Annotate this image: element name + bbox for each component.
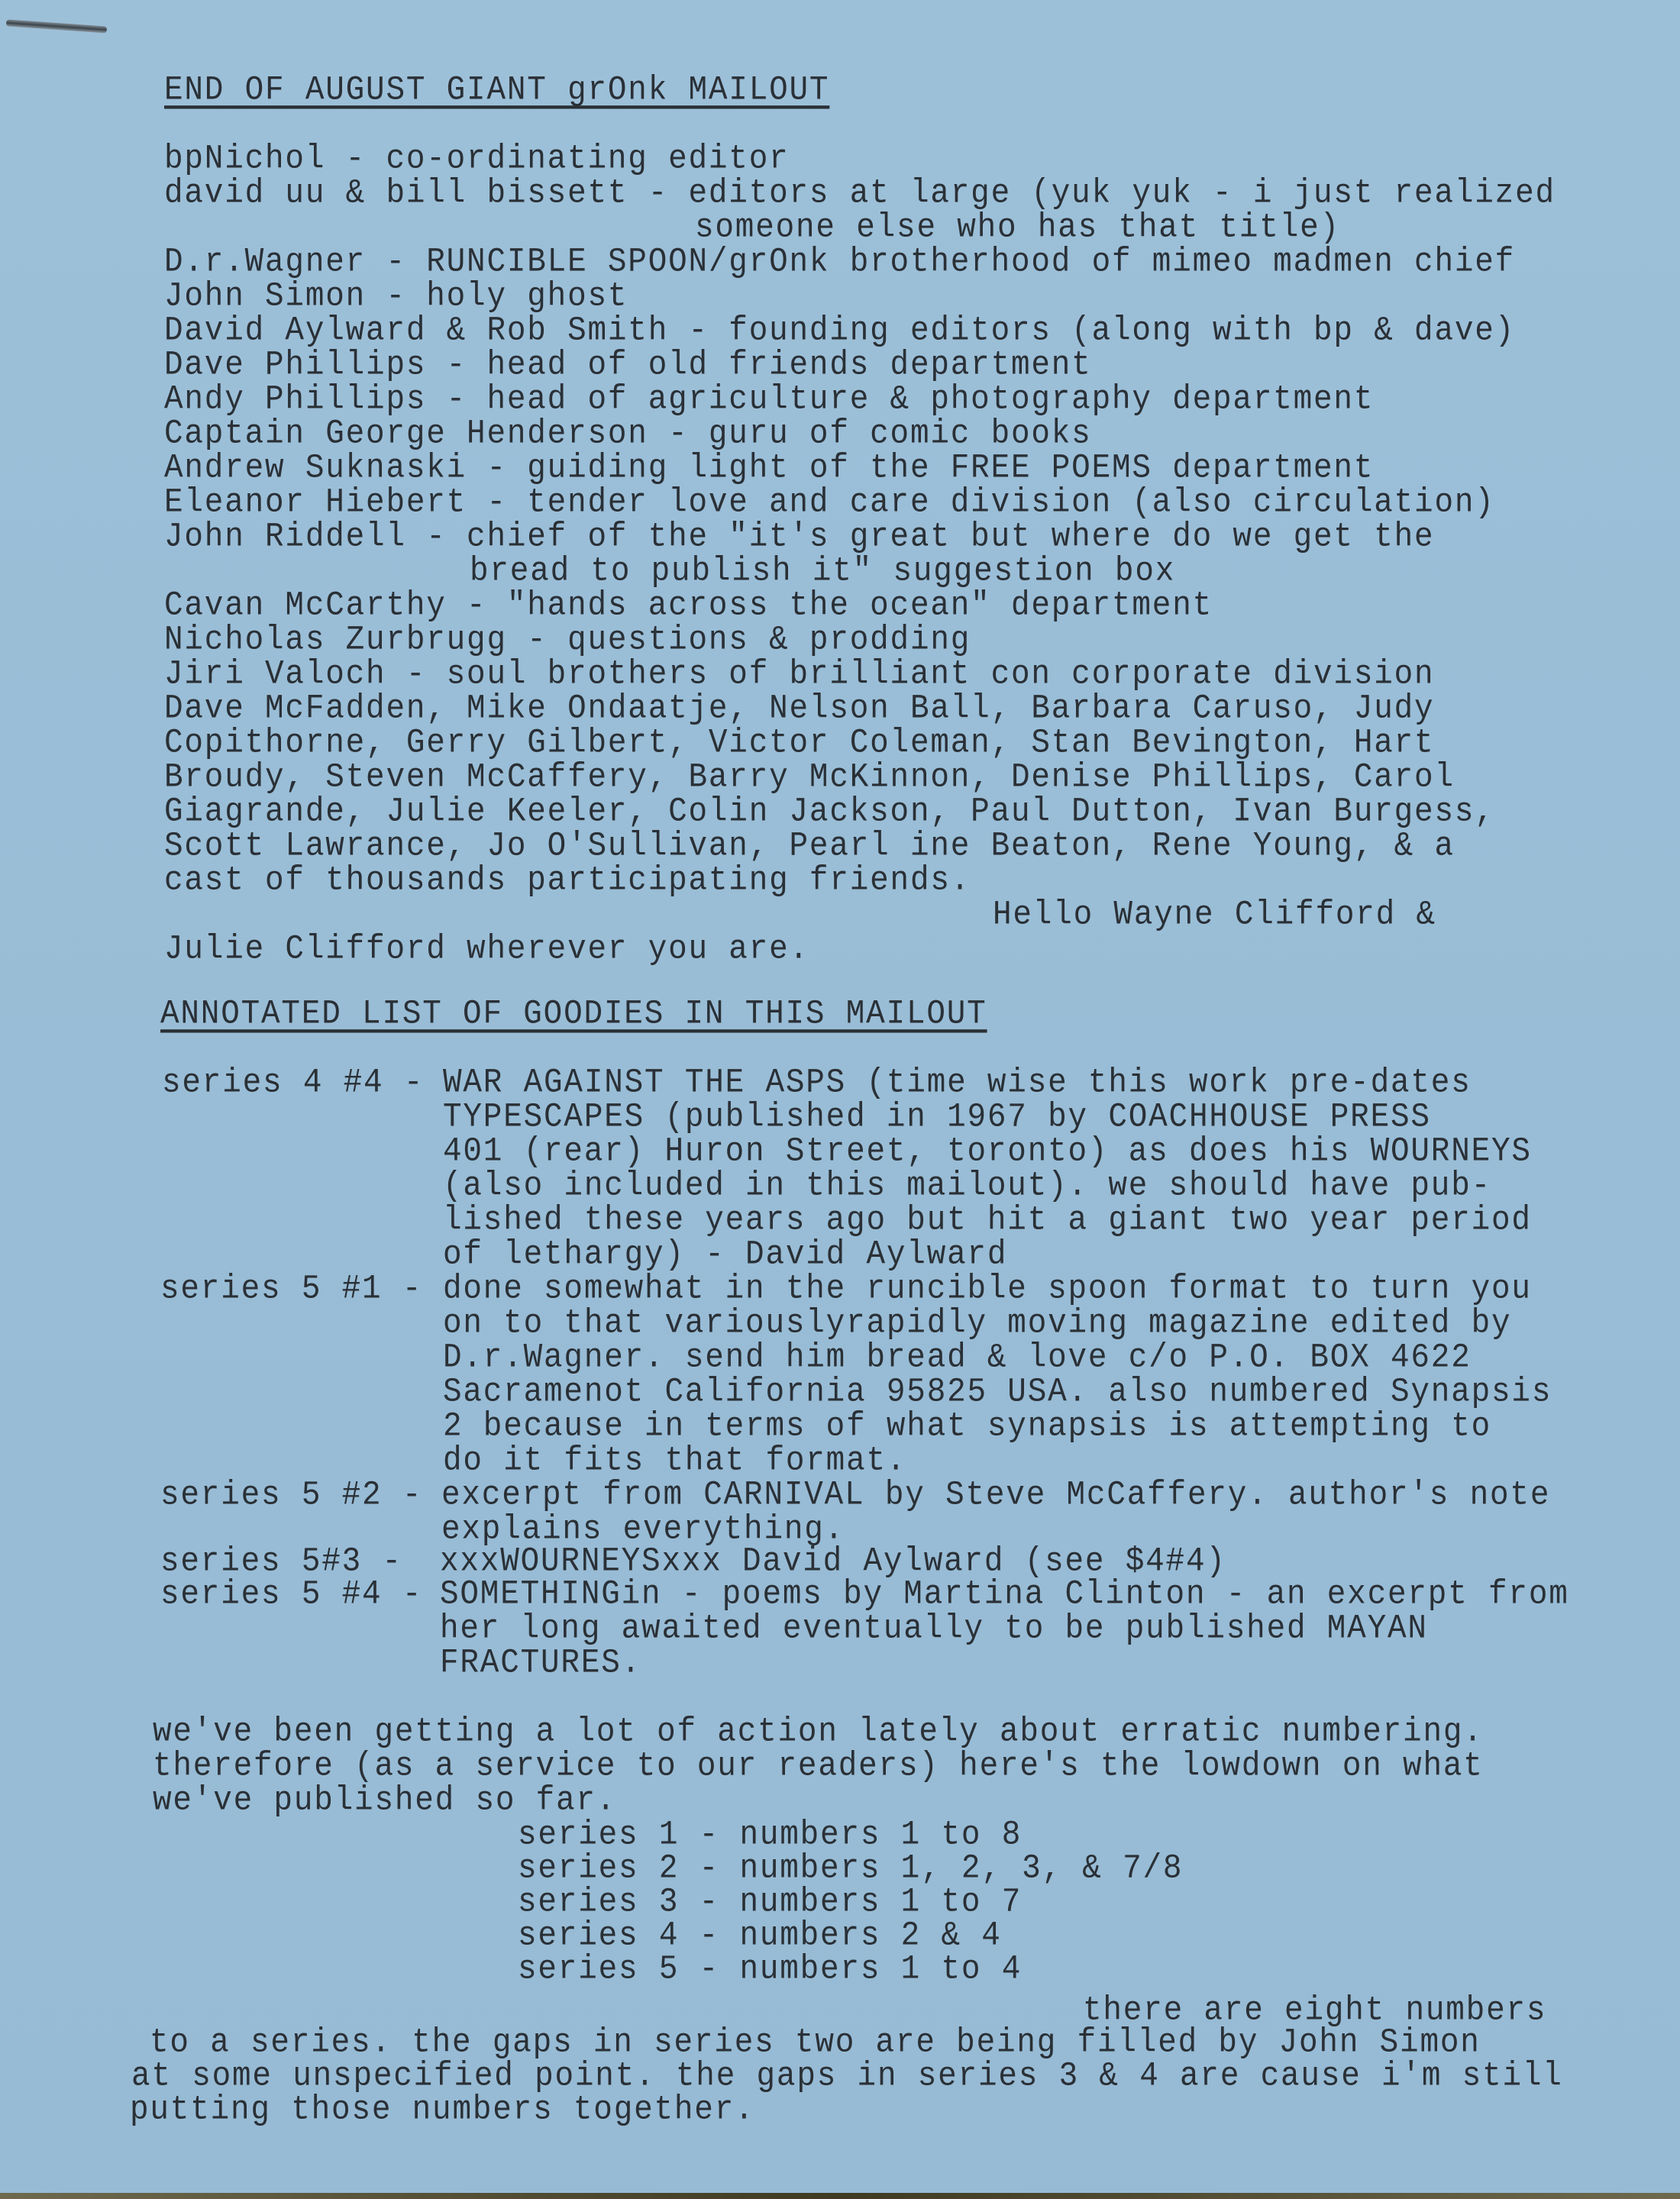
closing-line: at some unspecified point. the gaps in s… bbox=[131, 2059, 1563, 2095]
staple-mark bbox=[6, 19, 107, 33]
series-item: series 1 - numbers 1 to 8 bbox=[518, 1817, 1022, 1854]
masthead-line: Cavan McCarthy - "hands across the ocean… bbox=[164, 588, 1213, 625]
goodie-line: do it fits that format. bbox=[443, 1443, 906, 1480]
masthead-line: cast of thousands participating friends. bbox=[164, 863, 971, 899]
series-item: series 4 - numbers 2 & 4 bbox=[518, 1918, 1002, 1955]
masthead-line: Jiri Valoch - soul brothers of brilliant… bbox=[164, 657, 1434, 693]
intro-line: we've published so far. bbox=[153, 1783, 616, 1820]
series-item: series 2 - numbers 1, 2, 3, & 7/8 bbox=[518, 1851, 1183, 1887]
typewritten-page: END OF AUGUST GIANT grOnk MAILOUT bpNich… bbox=[0, 0, 1680, 2199]
masthead-line: David Aylward & Rob Smith - founding edi… bbox=[164, 313, 1515, 350]
closing-line: to a series. the gaps in series two are … bbox=[150, 2025, 1481, 2062]
masthead-line: Dave McFadden, Mike Ondaatje, Nelson Bal… bbox=[164, 691, 1434, 728]
goodies-heading: ANNOTATED LIST OF GOODIES IN THIS MAILOU… bbox=[160, 996, 987, 1033]
goodie-line: lished these years ago but hit a giant t… bbox=[443, 1203, 1532, 1239]
masthead-line: John Riddell - chief of the "it's great … bbox=[164, 519, 1434, 556]
goodie-line: Sacramenot California 95825 USA. also nu… bbox=[443, 1374, 1552, 1411]
goodie-line: her long awaited eventually to be publis… bbox=[440, 1611, 1428, 1648]
masthead-line: John Simon - holy ghost bbox=[164, 279, 628, 315]
greeting-line: Julie Clifford wherever you are. bbox=[164, 932, 809, 968]
goodie-line: D.r.Wagner. send him bread & love c/o P.… bbox=[443, 1340, 1472, 1377]
goodie-line: of lethargy) - David Aylward bbox=[443, 1237, 1007, 1274]
goodie-line: (also included in this mailout). we shou… bbox=[443, 1168, 1491, 1205]
goodie-line: on to that variouslyrapidly moving magaz… bbox=[443, 1306, 1511, 1342]
page-bottom-edge bbox=[0, 2193, 1680, 2199]
goodie-label: series 5 #2 - bbox=[160, 1477, 422, 1514]
series-item: series 5 - numbers 1 to 4 bbox=[518, 1952, 1022, 1988]
goodie-line: 2 because in terms of what synapsis is a… bbox=[443, 1409, 1491, 1445]
goodie-line: WAR AGAINST THE ASPS (time wise this wor… bbox=[443, 1065, 1472, 1102]
masthead-line: Andy Phillips - head of agriculture & ph… bbox=[164, 382, 1374, 418]
goodie-line: SOMETHINGin - poems by Martina Clinton -… bbox=[440, 1577, 1569, 1613]
masthead-line: david uu & bill bissett - editors at lar… bbox=[164, 176, 1556, 212]
closing-line: putting those numbers together. bbox=[130, 2092, 755, 2129]
goodie-line: excerpt from CARNIVAL by Steve McCaffery… bbox=[441, 1477, 1550, 1514]
masthead-line: Broudy, Steven McCaffery, Barry McKinnon… bbox=[164, 760, 1455, 796]
goodie-line: FRACTURES. bbox=[440, 1645, 641, 1682]
masthead-line: D.r.Wagner - RUNCIBLE SPOON/grOnk brothe… bbox=[164, 244, 1515, 281]
masthead-line: Dave Phillips - head of old friends depa… bbox=[164, 347, 1092, 384]
masthead-line: Nicholas Zurbrugg - questions & prodding bbox=[164, 622, 971, 659]
masthead-line: Captain George Henderson - guru of comic… bbox=[164, 416, 1092, 453]
intro-line: we've been getting a lot of action latel… bbox=[153, 1714, 1484, 1751]
masthead-line: Scott Lawrance, Jo O'Sullivan, Pearl ine… bbox=[164, 828, 1455, 865]
goodie-line: xxxWOURNEYSxxx David Aylward (see $4#4) bbox=[440, 1544, 1226, 1581]
goodie-label: series 5#3 - bbox=[160, 1544, 402, 1581]
goodie-label: series 5 #4 - bbox=[160, 1577, 422, 1613]
goodie-line: TYPESCAPES (published in 1967 by COACHHO… bbox=[443, 1099, 1431, 1136]
goodie-label: series 4 #4 - bbox=[162, 1065, 424, 1102]
masthead-line: bread to publish it" suggestion box bbox=[470, 554, 1175, 590]
masthead-line: someone else who has that title) bbox=[695, 210, 1340, 247]
goodie-line: 401 (rear) Huron Street, toronto) as doe… bbox=[443, 1134, 1532, 1171]
masthead-line: Eleanor Hiebert - tender love and care d… bbox=[164, 485, 1495, 521]
masthead-line: Copithorne, Gerry Gilbert, Victor Colema… bbox=[164, 725, 1434, 762]
masthead-line: bpNichol - co-ordinating editor bbox=[164, 141, 790, 178]
goodie-label: series 5 #1 - bbox=[160, 1271, 422, 1308]
goodie-line: done somewhat in the runcible spoon form… bbox=[443, 1271, 1532, 1308]
series-item: series 3 - numbers 1 to 7 bbox=[518, 1884, 1022, 1921]
masthead-line: Andrew Suknaski - guiding light of the F… bbox=[164, 450, 1374, 487]
intro-line: therefore (as a service to our readers) … bbox=[153, 1749, 1484, 1785]
masthead-line: Giagrande, Julie Keeler, Colin Jackson, … bbox=[164, 794, 1495, 831]
page-title: END OF AUGUST GIANT grOnk MAILOUT bbox=[164, 73, 829, 109]
greeting-line: Hello Wayne Clifford & bbox=[993, 897, 1436, 934]
